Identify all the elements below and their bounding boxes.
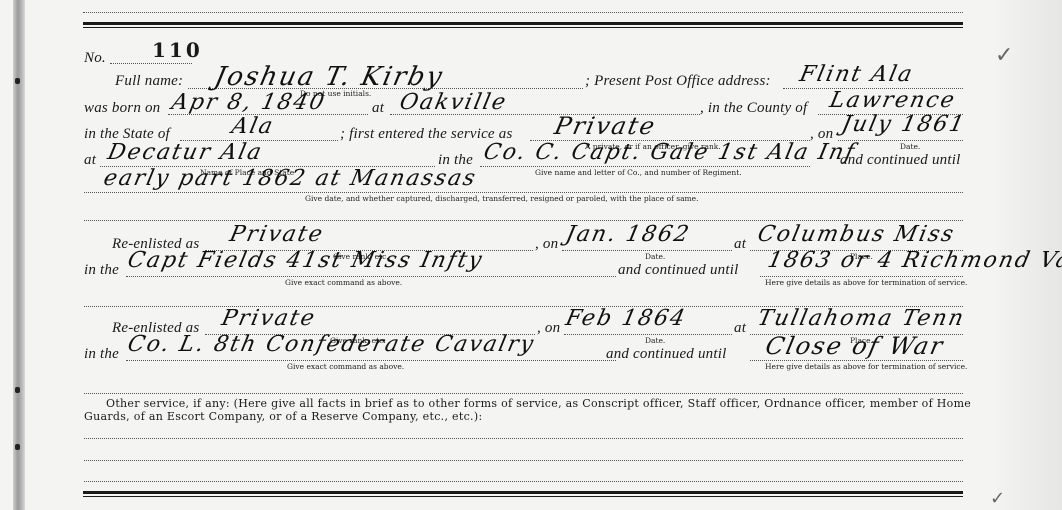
reenlist-date[interactable]: Feb 1864 <box>563 306 688 331</box>
reenlist-place[interactable]: Tullahoma Tenn <box>755 306 967 331</box>
date-hint: Date. <box>645 252 665 261</box>
binding-mark <box>15 78 20 84</box>
continued-label: and continued until <box>606 346 726 363</box>
bottom-rule-thin <box>83 496 963 497</box>
company-line <box>480 166 810 167</box>
command-line <box>126 276 616 277</box>
bottom-rule-thick <box>83 491 963 494</box>
command-line <box>126 360 616 361</box>
termination-hint: Here give details as above for terminati… <box>765 362 967 371</box>
continued-label: and continued until <box>618 262 738 279</box>
top-rule-thin <box>83 27 963 28</box>
first-service-date[interactable]: July 1861 <box>839 112 968 137</box>
termination-line <box>760 276 963 277</box>
company-hint: Give name and letter of Co., and number … <box>535 168 742 177</box>
record-number: 110 <box>152 38 203 62</box>
enlist-at-label: at <box>84 152 96 169</box>
at-label: at <box>734 236 746 253</box>
top-rule-thick <box>83 22 963 25</box>
reenlist-place[interactable]: Columbus Miss <box>755 222 957 247</box>
top-dotted-line <box>83 12 963 13</box>
other-service-instructions: Other service, if any: (Here give all fa… <box>106 397 971 410</box>
in-the-label: in the <box>84 262 119 279</box>
separator-line <box>84 220 963 221</box>
page-binding-edge <box>13 0 25 510</box>
reenlist-termination[interactable]: Close of War <box>763 332 947 360</box>
other-service-instructions-cont: Guards, of an Escort Company, or of a Re… <box>84 410 482 423</box>
binding-mark <box>15 387 20 393</box>
command-hint: Give exact command as above. <box>285 278 402 287</box>
reenlist-command[interactable]: Capt Fields 41st Miss Infty <box>125 248 485 273</box>
reenlist-rank[interactable]: Private <box>227 222 326 247</box>
date-hint: Date. <box>645 336 665 345</box>
continued-until-value[interactable]: early part 1862 at Manassas <box>101 166 479 191</box>
post-office-label: ; Present Post Office address: <box>585 73 771 90</box>
first-service-value[interactable]: Private <box>552 112 659 140</box>
reenlist-command[interactable]: Co. L. 8th Confederate Cavalry <box>125 332 537 357</box>
reenlist-date[interactable]: Jan. 1862 <box>563 222 692 247</box>
post-office-value[interactable]: Flint Ala <box>797 62 916 87</box>
born-on-value[interactable]: Apr 8, 1840 <box>169 90 328 115</box>
continued-until-line <box>84 192 963 193</box>
check-mark-icon: ✓ <box>995 43 1013 68</box>
born-at-label: at <box>372 100 384 117</box>
first-service-date-hint: Date. <box>900 142 920 151</box>
binding-mark <box>15 444 20 450</box>
county-value[interactable]: Lawrence <box>827 88 958 113</box>
reenlist-termination[interactable]: 1863 or 4 Richmond Va <box>765 248 1062 273</box>
company-value[interactable]: Co. C. Capt. Gale 1st Ala Inf <box>481 140 858 165</box>
other-service-line-3[interactable] <box>84 481 963 482</box>
termination-line <box>750 360 963 361</box>
date-line <box>562 250 732 251</box>
reenlist-rank[interactable]: Private <box>219 306 318 331</box>
record-number-line <box>110 63 192 64</box>
on-label: , on <box>535 236 558 253</box>
record-number-label: No. <box>84 50 106 67</box>
separator-line <box>84 393 963 394</box>
command-hint: Give exact command as above. <box>287 362 404 371</box>
continued-until-hint: Give date, and whether captured, dischar… <box>305 194 699 203</box>
at-label: at <box>734 320 746 337</box>
date-line <box>564 334 732 335</box>
check-mark-icon: ✓ <box>990 488 1005 509</box>
born-on-label: was born on <box>84 100 160 117</box>
continued-until-label: and continued until <box>840 152 960 169</box>
in-the-label: in the <box>84 346 119 363</box>
enlist-at-value[interactable]: Decatur Ala <box>105 140 265 165</box>
county-label: , in the County of <box>700 100 807 117</box>
full-name-value[interactable]: Joshua T. Kirby <box>212 62 447 92</box>
born-at-value[interactable]: Oakville <box>397 90 509 115</box>
on-label: , on <box>537 320 560 337</box>
state-value[interactable]: Ala <box>229 114 276 139</box>
full-name-label: Full name: <box>115 73 183 90</box>
other-service-line-1[interactable] <box>84 438 963 439</box>
termination-hint: Here give details as above for terminati… <box>765 278 967 287</box>
other-service-line-2[interactable] <box>84 460 963 461</box>
